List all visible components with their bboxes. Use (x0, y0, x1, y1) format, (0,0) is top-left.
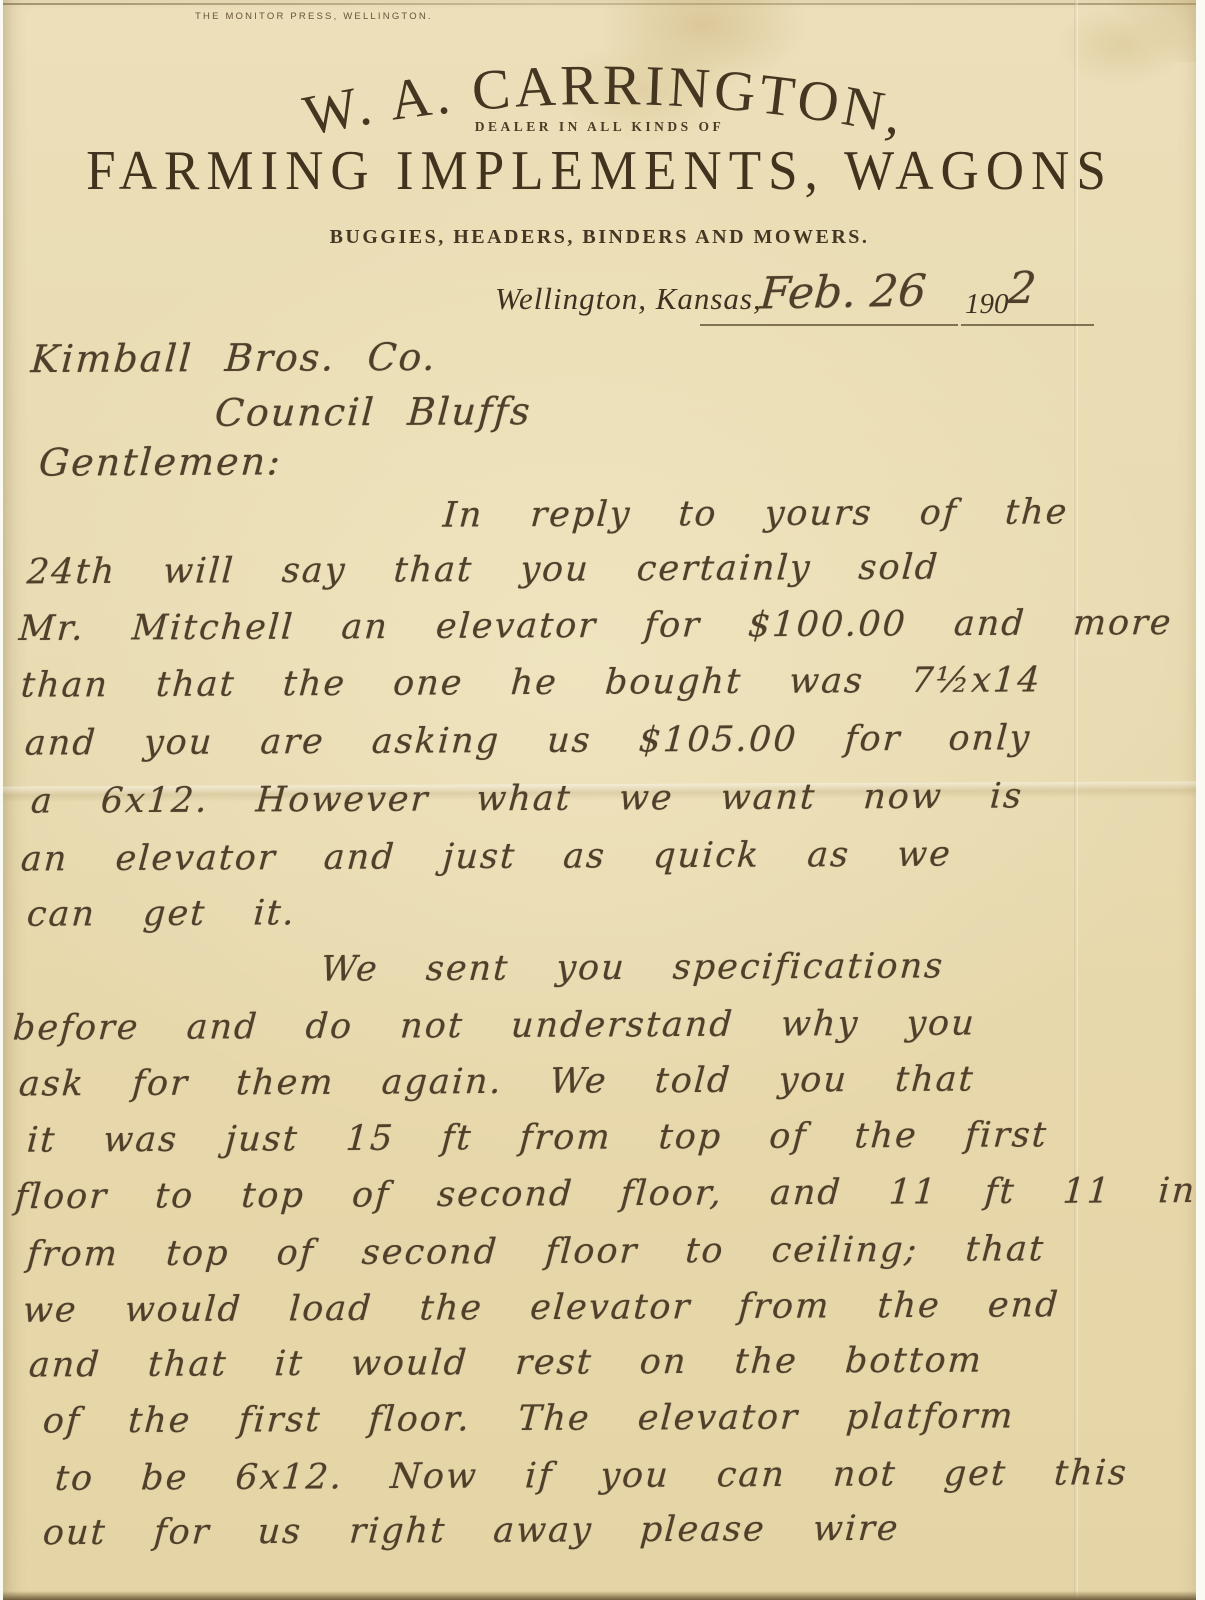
handwritten-line: before and do not understand why you (12, 1003, 977, 1048)
handwritten-line: In reply to yours of the (442, 492, 1070, 535)
handwritten-line: from top of second floor to ceiling; tha… (26, 1229, 1047, 1274)
handwritten-line: it was just 15 ft from top of the first (26, 1115, 1049, 1160)
dateline-year-handwritten: 2 (1006, 263, 1038, 314)
dateline-year-printed: 190 (965, 288, 1009, 321)
handwritten-line: of the first floor. The elevator platfor… (42, 1396, 1016, 1441)
handwritten-line: and you are asking us $105.00 for only (24, 718, 1033, 763)
handwritten-line: than that the one he bought was 7½x14 (20, 660, 1043, 705)
recipient-city-line: Council Bluffs (214, 389, 534, 435)
letterhead-dealer-line: DEALER IN ALL KINDS OF (3, 119, 1196, 135)
handwritten-line: and that it would rest on the bottom (28, 1340, 985, 1385)
letterhead-subline: BUGGIES, HEADERS, BINDERS AND MOWERS. (3, 226, 1196, 249)
handwritten-line: ask for them again. We told you that (18, 1059, 976, 1104)
handwritten-line: a 6x12. However what we want now is (30, 776, 1025, 821)
handwritten-line: an elevator and just as quick as we (20, 835, 954, 880)
letter-page: THE MONITOR PRESS, WELLINGTON. W. A. CAR… (3, 0, 1196, 1600)
handwritten-line: out for us right away please wire (42, 1509, 901, 1553)
handwritten-line: can get it. (26, 893, 297, 934)
recipient-line: Kimball Bros. Co. (30, 335, 439, 381)
year-rule (961, 324, 1094, 326)
salutation-line: Gentlemen: (38, 439, 284, 484)
handwritten-line: Mr. Mitchell an elevator for $100.00 and… (18, 603, 1174, 649)
handwritten-line: We sent you specifications (320, 946, 946, 989)
handwritten-line: we would load the elevator from the end (22, 1285, 1061, 1330)
scan-bottom-edge (3, 1591, 1196, 1600)
letterhead-business-line: FARMING IMPLEMENTS, WAGONS (3, 140, 1196, 203)
handwritten-line: floor to top of second floor, and 11 ft … (14, 1171, 1196, 1217)
dateline-place: Wellington, Kansas, (495, 281, 762, 317)
dateline-date-handwritten: Feb. 26 (758, 266, 928, 320)
handwritten-line: to be 6x12. Now if you can not get this (54, 1453, 1129, 1499)
handwritten-line: 24th will say that you certainly sold (26, 548, 941, 593)
date-rule (700, 324, 958, 326)
